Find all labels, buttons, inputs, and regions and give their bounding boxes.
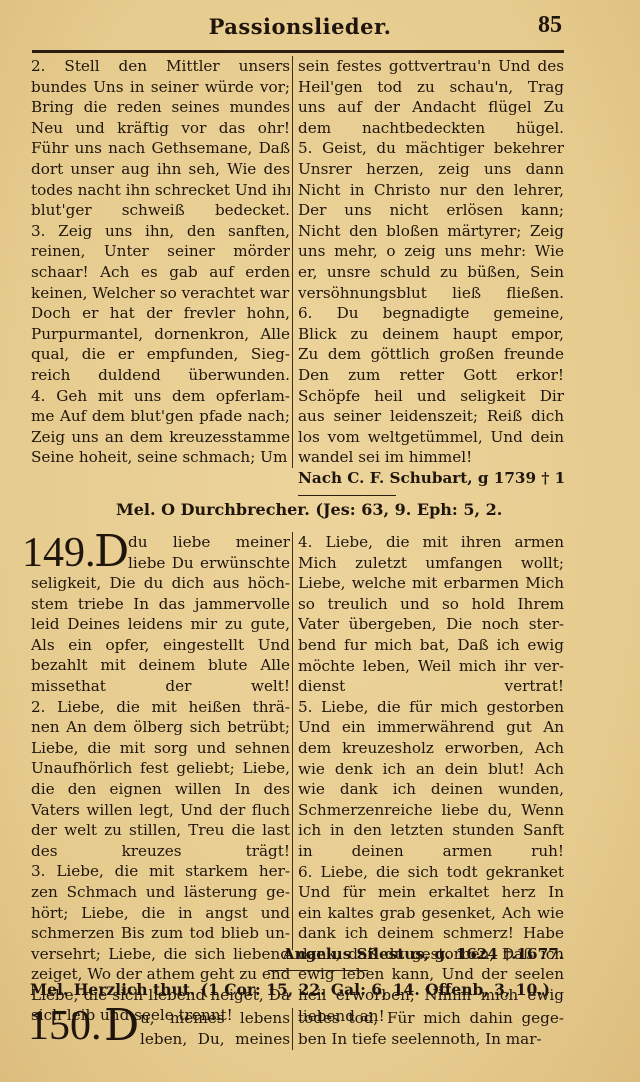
page-number: 85 xyxy=(538,12,562,39)
text-line: stem triebe In das jammervolle xyxy=(31,594,290,615)
melody-line-150: Mel. Herzlich thut. (1 Cor: 15, 22. Gal:… xyxy=(30,980,570,999)
text-line: Den zum retter Gott erkor! xyxy=(298,365,564,386)
text-line: todes nacht ihn schrecket Und ihn xyxy=(31,180,290,201)
text-line: uns auf der Andacht flügel Zu xyxy=(298,97,564,118)
column-divider xyxy=(292,532,293,950)
top-left-column: 2. Stell den Mittler unsersbundes Uns in… xyxy=(31,56,290,468)
text-line: möchte leben, Weil mich ihr ver- xyxy=(298,656,564,677)
column-divider xyxy=(292,56,293,468)
attribution-silesius-wrap: Angelus Silestus, g. 1624 †.1677. xyxy=(230,944,564,965)
text-line: 3. Liebe, die mit starkem her- xyxy=(31,861,290,882)
text-line: bezahlt mit deinem blute Alle xyxy=(31,655,290,676)
attribution-schubart-wrap: Nach C. F. Schubart, g 1739 † 1791. xyxy=(298,468,564,490)
hymn149-first-lines: du liebe meiner liebe Du erwünschte xyxy=(128,532,290,573)
text-line: reich duldend überwunden. xyxy=(31,365,290,386)
text-line: dort unser aug ihn seh, Wie des xyxy=(31,159,290,180)
text-line: Liebe, welche mit erbarmen Mich xyxy=(298,573,564,594)
hymn-number-149: 149. xyxy=(22,532,96,574)
text-line: du liebe meiner xyxy=(128,532,290,553)
text-line: ein kaltes grab gesenket, Ach wie xyxy=(298,903,564,924)
text-line: er, unsre schuld zu büßen, Sein xyxy=(298,262,564,283)
text-line: keinen, Welcher so verachtet war! xyxy=(31,283,290,304)
text-line: Unsrer herzen, zeig uns dann xyxy=(298,159,564,180)
hymn150-first-lines: u, meines lebens leben, Du, meines xyxy=(140,1008,290,1049)
text-line: schaar! Ach es gab auf erden xyxy=(31,262,290,283)
text-line: der welt zu stillen, Treu die last xyxy=(31,820,290,841)
text-line: me Auf dem blut'gen pfade nach; xyxy=(31,406,290,427)
text-line: todes tod, Für mich dahin gege- xyxy=(298,1008,564,1029)
text-line: wie denk ich an dein blut! Ach xyxy=(298,759,564,780)
text-line: Mich zuletzt umfangen wollt; xyxy=(298,553,564,574)
text-line: Und für mein erkaltet herz In xyxy=(298,882,564,903)
text-line: Und ein immerwährend gut An xyxy=(298,717,564,738)
text-line: Purpurmantel, dornenkron, Alle xyxy=(31,324,290,345)
text-line: aus seiner leidenszeit; Reiß dich xyxy=(298,406,564,427)
text-line: Vater übergeben, Die noch ster- xyxy=(298,614,564,635)
text-line: zen Schmach und lästerung ge- xyxy=(31,882,290,903)
text-line: Als ein opfer, eingestellt Und xyxy=(31,635,290,656)
text-line: 6. Liebe, die sich todt gekranket xyxy=(298,862,564,883)
text-line: des kreuzes trägt! xyxy=(31,841,290,862)
text-line: 2. Liebe, die mit heißen thrä- xyxy=(31,697,290,718)
text-line: dank ich deinem schmerz! Habe xyxy=(298,923,564,944)
text-line: dem nachtbedeckten hügel. xyxy=(298,118,564,139)
text-line: Nicht den bloßen märtyrer; Zeig xyxy=(298,221,564,242)
text-line: reinen, Unter seiner mörder xyxy=(31,241,290,262)
text-line: Zeig uns an dem kreuzesstamme xyxy=(31,427,290,448)
text-line: Der uns nicht erlösen kann; xyxy=(298,200,564,221)
running-title: Passionslieder. xyxy=(30,14,570,39)
text-line: 4. Liebe, die mit ihren armen xyxy=(298,532,564,553)
text-line: leid Deines leidens mir zu gute, xyxy=(31,614,290,635)
text-line: dienst vertrat! xyxy=(298,676,564,697)
text-line: Seine hoheit, seine schmach; Um xyxy=(31,447,290,468)
melody-line-149: Mel. O Durchbrecher. (Jes: 63, 9. Eph: 5… xyxy=(116,500,640,519)
section-rule xyxy=(298,495,396,496)
dropcap-150: D xyxy=(104,1004,139,1048)
text-line: ben In tiefe seelennoth, In mar- xyxy=(298,1029,564,1050)
text-line: Doch er hat der frevler hohn, xyxy=(31,303,290,324)
text-line: so treulich und so hold Ihrem xyxy=(298,594,564,615)
text-line: Vaters willen legt, Und der fluch xyxy=(31,800,290,821)
text-line: die den eignen willen In des xyxy=(31,779,290,800)
text-line: bend fur mich bat, Daß ich ewig xyxy=(298,635,564,656)
text-line: 5. Liebe, die für mich gestorben xyxy=(298,697,564,718)
hymn-number-150: 150. xyxy=(28,1005,102,1047)
top-right-column: sein festes gottvertrau'n Und desHeil'ge… xyxy=(298,56,564,468)
column-divider xyxy=(292,1008,293,1050)
text-line: versöhnungsblut ließ fließen. xyxy=(298,283,564,304)
book-page: Passionslieder. 85 2. Stell den Mittler … xyxy=(0,0,640,1082)
text-line: sein festes gottvertrau'n Und des xyxy=(298,56,564,77)
hymn150-right-column: todes tod, Für mich dahin gege-ben In ti… xyxy=(298,1008,564,1049)
attribution-schubart: Nach C. F. Schubart, g 1739 † 1791. xyxy=(298,468,564,489)
text-line: 6. Du begnadigte gemeine, xyxy=(298,303,564,324)
text-line: Heil'gen tod zu schau'n, Trag xyxy=(298,77,564,98)
text-line: 3. Zeig uns ihn, den sanften, xyxy=(31,221,290,242)
text-line: u, meines lebens xyxy=(140,1008,290,1029)
text-line: 4. Geh mit uns dem opferlam- xyxy=(31,386,290,407)
page-header: Passionslieder. 85 xyxy=(30,8,570,44)
text-line: 5. Geist, du mächtiger bekehrer xyxy=(298,138,564,159)
text-line: liebe Du erwünschte xyxy=(128,553,290,574)
text-line: bundes Uns in seiner würde vor; xyxy=(31,77,290,98)
text-line: Führ uns nach Gethsemane, Daß xyxy=(31,138,290,159)
text-line: qual, die er empfunden, Sieg- xyxy=(31,344,290,365)
text-line: leben, Du, meines xyxy=(140,1029,290,1050)
text-line: Bring die reden seines mundes xyxy=(31,97,290,118)
text-line: 2. Stell den Mittler unsers xyxy=(31,56,290,77)
text-line: Neu und kräftig vor das ohr! xyxy=(31,118,290,139)
text-line: uns mehr, o zeig uns mehr: Wie xyxy=(298,241,564,262)
text-line: hört; Liebe, die in angst und xyxy=(31,903,290,924)
text-line: blut'ger schweiß bedecket. xyxy=(31,200,290,221)
header-rule xyxy=(32,50,564,53)
dropcap-149: D xyxy=(94,530,129,574)
text-line: in deinen armen ruh! xyxy=(298,841,564,862)
text-line: nen An dem ölberg sich betrübt; xyxy=(31,717,290,738)
text-line: los vom weltgetümmel, Und dein xyxy=(298,427,564,448)
text-line: Zu dem göttlich großen freunde xyxy=(298,344,564,365)
text-line: Unaufhörlich fest geliebt; Liebe, xyxy=(31,758,290,779)
text-line: ich in den letzten stunden Sanft xyxy=(298,820,564,841)
text-line: Liebe, die mit sorg und sehnen xyxy=(31,738,290,759)
text-line: wandel sei im himmel! xyxy=(298,447,564,468)
text-line: Nicht in Christo nur den lehrer, xyxy=(298,180,564,201)
section-rule xyxy=(268,970,368,971)
text-line: schmerzen Bis zum tod blieb un- xyxy=(31,923,290,944)
text-line: Schmerzenreiche liebe du, Wenn xyxy=(298,800,564,821)
text-line: wie dank ich deinen wunden, xyxy=(298,779,564,800)
text-line: dem kreuzesholz erworben, Ach xyxy=(298,738,564,759)
text-line: Schöpfe heil und seligkeit Dir xyxy=(298,386,564,407)
text-line: missethat der welt! xyxy=(31,676,290,697)
text-line: Blick zu deinem haupt empor, xyxy=(298,324,564,345)
text-line: seligkeit, Die du dich aus höch- xyxy=(31,573,290,594)
attribution-silesius: Angelus Silestus, g. 1624 †.1677. xyxy=(230,944,564,965)
